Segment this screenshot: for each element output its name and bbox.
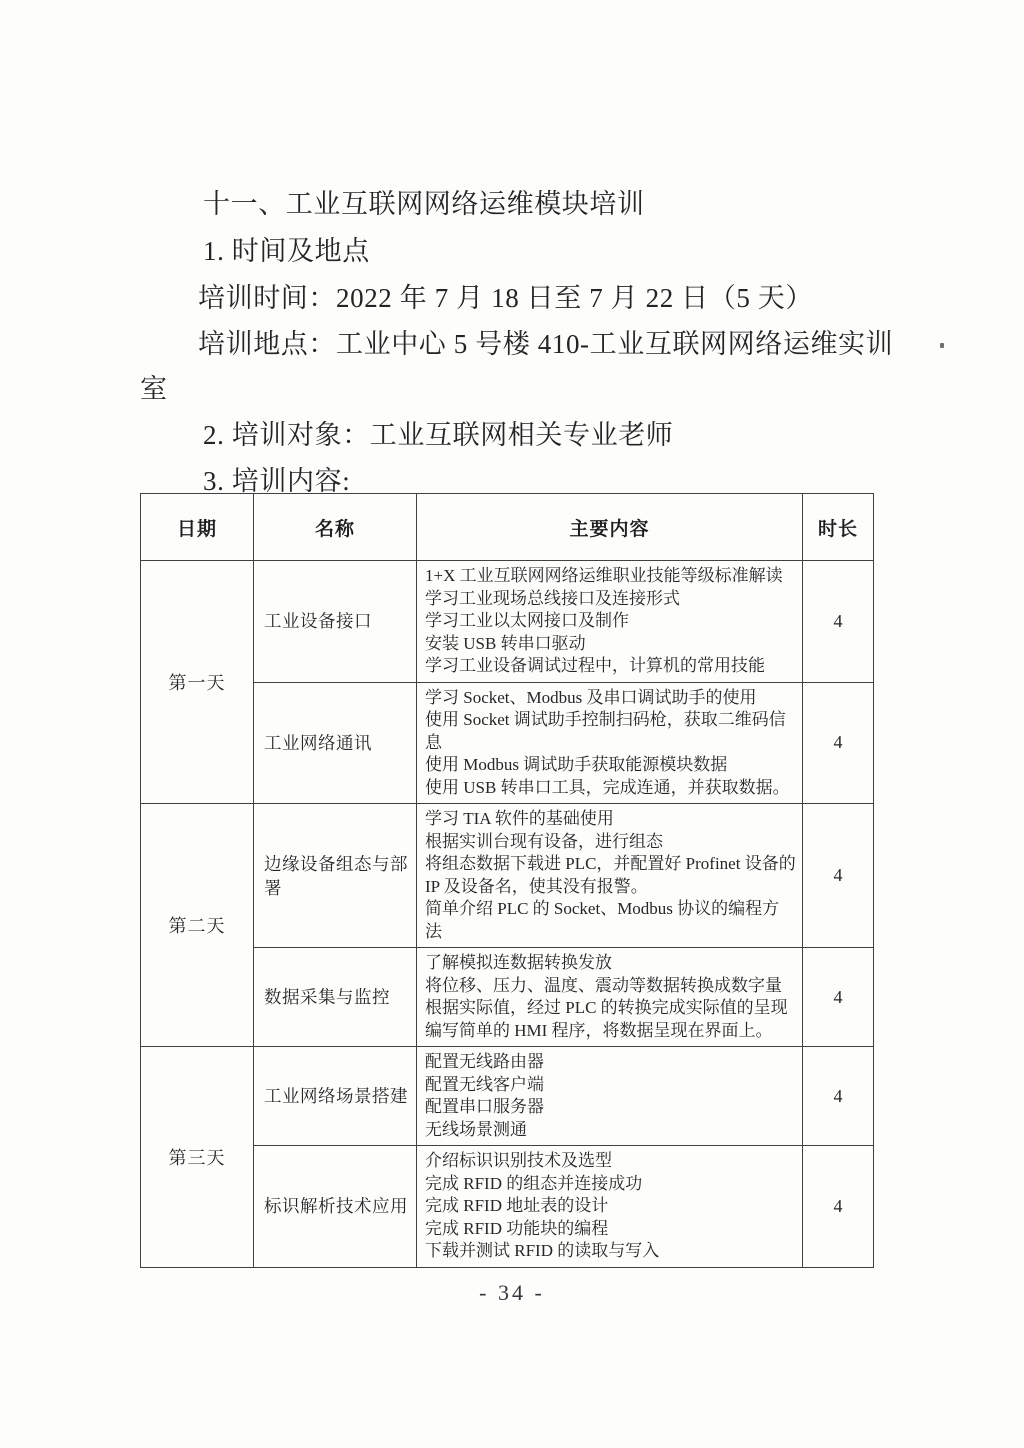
column-header-content: 主要内容 xyxy=(417,494,803,561)
module-name-cell: 数据采集与监控 xyxy=(254,948,417,1047)
hours-cell: 4 xyxy=(803,804,874,948)
training-time-line: 培训时间：2022 年 7 月 18 日至 7 月 22 日（5 天） xyxy=(198,276,813,315)
training-place-wrap: 室 xyxy=(140,367,168,406)
content-cell: 了解模拟连数据转换发放 将位移、压力、温度、震动等数据转换成数字量 根据实际值，… xyxy=(417,948,803,1047)
content-cell: 1+X 工业互联网网络运维职业技能等级标准解读 学习工业现场总线接口及连接形式 … xyxy=(417,561,803,683)
training-place-line: 培训地点：工业中心 5 号楼 410-工业互联网网络运维实训 xyxy=(198,322,893,361)
document-page: 十一、工业互联网网络运维模块培训 1. 时间及地点 培训时间：2022 年 7 … xyxy=(0,0,1024,1448)
content-cell: 学习 TIA 软件的基础使用 根据实训台现有设备，进行组态 将组态数据下载进 P… xyxy=(417,804,803,948)
column-header-hours: 时长 xyxy=(803,494,874,561)
hours-cell: 4 xyxy=(803,1146,874,1268)
module-name-cell: 工业网络场景搭建 xyxy=(254,1047,417,1146)
column-header-date: 日期 xyxy=(141,494,254,561)
module-name-cell: 工业设备接口 xyxy=(254,561,417,683)
hours-cell: 4 xyxy=(803,561,874,683)
content-cell: 介绍标识识别技术及选型 完成 RFID 的组态并连接成功 完成 RFID 地址表… xyxy=(417,1146,803,1268)
table-row: 第三天 工业网络场景搭建 配置无线路由器 配置无线客户端 配置串口服务器 无线场… xyxy=(141,1047,874,1146)
module-name-cell: 边缘设备组态与部署 xyxy=(254,804,417,948)
day-cell: 第三天 xyxy=(141,1047,254,1268)
table-row: 第一天 工业设备接口 1+X 工业互联网网络运维职业技能等级标准解读 学习工业现… xyxy=(141,561,874,683)
content-cell: 配置无线路由器 配置无线客户端 配置串口服务器 无线场景测通 xyxy=(417,1047,803,1146)
table-row: 第二天 边缘设备组态与部署 学习 TIA 软件的基础使用 根据实训台现有设备，进… xyxy=(141,804,874,948)
column-header-name: 名称 xyxy=(254,494,417,561)
module-name-cell: 标识解析技术应用 xyxy=(254,1146,417,1268)
subsection-2-title: 2. 培训对象：工业互联网相关专业老师 xyxy=(203,413,673,452)
content-cell: 学习 Socket、Modbus 及串口调试助手的使用 使用 Socket 调试… xyxy=(417,682,803,804)
day-cell: 第一天 xyxy=(141,561,254,804)
table-header-row: 日期 名称 主要内容 时长 xyxy=(141,494,874,561)
subsection-1-title: 1. 时间及地点 xyxy=(203,229,370,268)
module-name-cell: 工业网络通讯 xyxy=(254,682,417,804)
hours-cell: 4 xyxy=(803,682,874,804)
section-heading: 十一、工业互联网网络运维模块培训 xyxy=(203,182,645,221)
day-cell: 第二天 xyxy=(141,804,254,1047)
training-schedule-table: 日期 名称 主要内容 时长 第一天 工业设备接口 1+X 工业互联网网络运维职业… xyxy=(140,493,874,1268)
scan-artifact-dot xyxy=(940,343,944,348)
page-number: - 34 - xyxy=(0,1280,1024,1306)
hours-cell: 4 xyxy=(803,1047,874,1146)
hours-cell: 4 xyxy=(803,948,874,1047)
